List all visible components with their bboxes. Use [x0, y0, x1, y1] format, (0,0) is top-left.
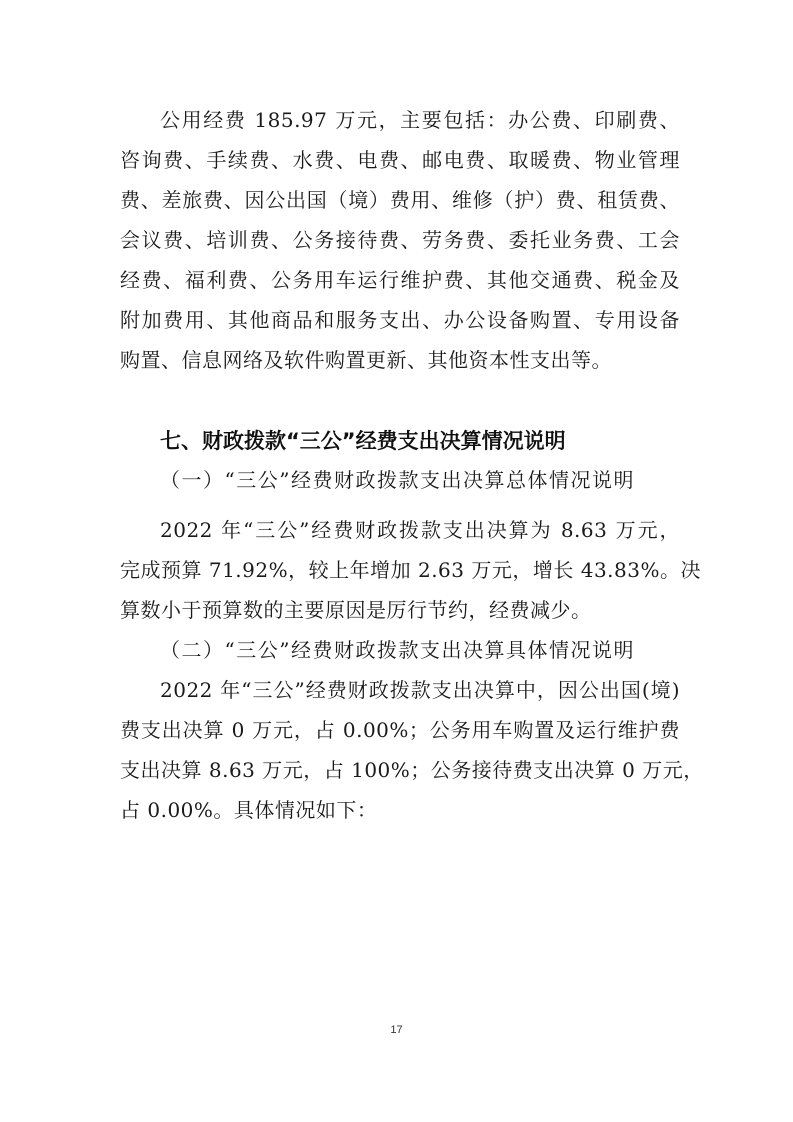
text-line: 支出决算 8.63 万元，占 100%；公务接待费支出决算 0 万元， [120, 758, 680, 782]
text-line: 费、差旅费、因公出国（境）费用、维修（护）费、租赁费、 [120, 188, 680, 212]
text-line: 占 0.00%。具体情况如下： [120, 798, 680, 822]
text-line: 完成预算 71.92%，较上年增加 2.63 万元，增长 43.83%。决 [120, 558, 680, 582]
text-line: 公用经费 185.97 万元，主要包括：办公费、印刷费、 [160, 108, 680, 132]
subsection-heading-specific: （二）“三公”经费财政拨款支出决算具体情况说明 [160, 638, 635, 662]
section-heading: 七、财政拨款“三公”经费支出决算情况说明 [160, 428, 566, 454]
text-line: 算数小于预算数的主要原因是厉行节约，经费减少。 [120, 598, 680, 622]
text-line: 附加费用、其他商品和服务支出、办公设备购置、专用设备 [120, 308, 680, 332]
page-number: 17 [0, 1024, 793, 1036]
text-line: 2022 年“三公”经费财政拨款支出决算为 8.63 万元， [160, 518, 680, 542]
subsection-heading-overall: （一）“三公”经费财政拨款支出决算总体情况说明 [160, 468, 635, 492]
text-line: 经费、福利费、公务用车运行维护费、其他交通费、税金及 [120, 268, 680, 292]
text-line: 咨询费、手续费、水费、电费、邮电费、取暖费、物业管理 [120, 148, 680, 172]
text-line: 会议费、培训费、公务接待费、劳务费、委托业务费、工会 [120, 228, 680, 252]
text-line: 购置、信息网络及软件购置更新、其他资本性支出等。 [120, 348, 680, 372]
text-line: 费支出决算 0 万元，占 0.00%；公务用车购置及运行维护费 [120, 718, 680, 742]
text-line: 2022 年“三公”经费财政拨款支出决算中，因公出国(境) [160, 678, 680, 702]
